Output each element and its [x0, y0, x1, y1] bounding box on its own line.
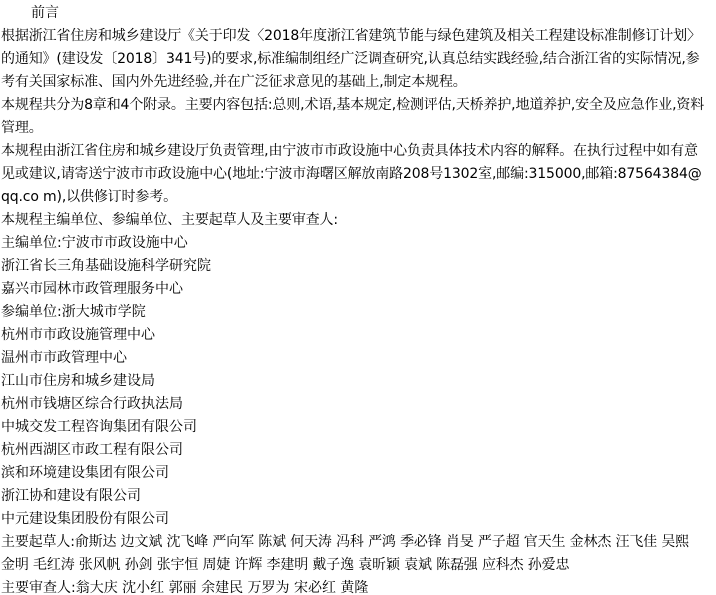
chief-editor-unit-extra: 嘉兴市园林市政管理服务中心 — [1, 278, 707, 301]
participating-unit: 浙江协和建设有限公司 — [1, 485, 707, 508]
chief-editor-unit: 主编单位:宁波市市政设施中心 — [1, 232, 707, 255]
participating-unit: 杭州市钱塘区综合行政执法局 — [1, 393, 707, 416]
participating-unit: 参编单位:浙大城市学院 — [1, 301, 707, 324]
participating-unit: 滨和环境建设集团有限公司 — [1, 462, 707, 485]
document-body: 前言 根据浙江省住房和城乡建设厅《关于印发〈2018年度浙江省建筑节能与绿色建筑… — [0, 0, 711, 595]
paragraph-background: 根据浙江省住房和城乡建设厅《关于印发〈2018年度浙江省建筑节能与绿色建筑及相关… — [1, 25, 707, 94]
paragraph-contents: 本规程共分为8章和4个附录。主要内容包括:总则,术语,基本规定,检测评估,天桥养… — [1, 94, 707, 140]
participating-unit: 江山市住房和城乡建设局 — [1, 370, 707, 393]
participating-unit: 温州市市政管理中心 — [1, 347, 707, 370]
preface-heading: 前言 — [1, 2, 707, 25]
chief-editor-unit-extra: 浙江省长三角基础设施科学研究院 — [1, 255, 707, 278]
participating-unit: 中元建设集团股份有限公司 — [1, 508, 707, 531]
paragraph-management: 本规程由浙江省住房和城乡建设厅负责管理,由宁波市市政设施中心负责具体技术内容的解… — [1, 140, 707, 209]
participating-unit: 中城交发工程咨询集团有限公司 — [1, 416, 707, 439]
paragraph-contributors-intro: 本规程主编单位、参编单位、主要起草人及主要审查人: — [1, 209, 707, 232]
main-drafters: 主要起草人:俞斯达 边文斌 沈飞峰 严向军 陈斌 何天涛 冯科 严鸿 季必锋 肖… — [1, 531, 707, 577]
main-reviewers: 主要审查人:翁大庆 沈小红 郭丽 余建民 万罗为 宋必红 黄隆 — [1, 577, 707, 595]
participating-unit: 杭州市市政设施管理中心 — [1, 324, 707, 347]
participating-unit: 杭州西湖区市政工程有限公司 — [1, 439, 707, 462]
